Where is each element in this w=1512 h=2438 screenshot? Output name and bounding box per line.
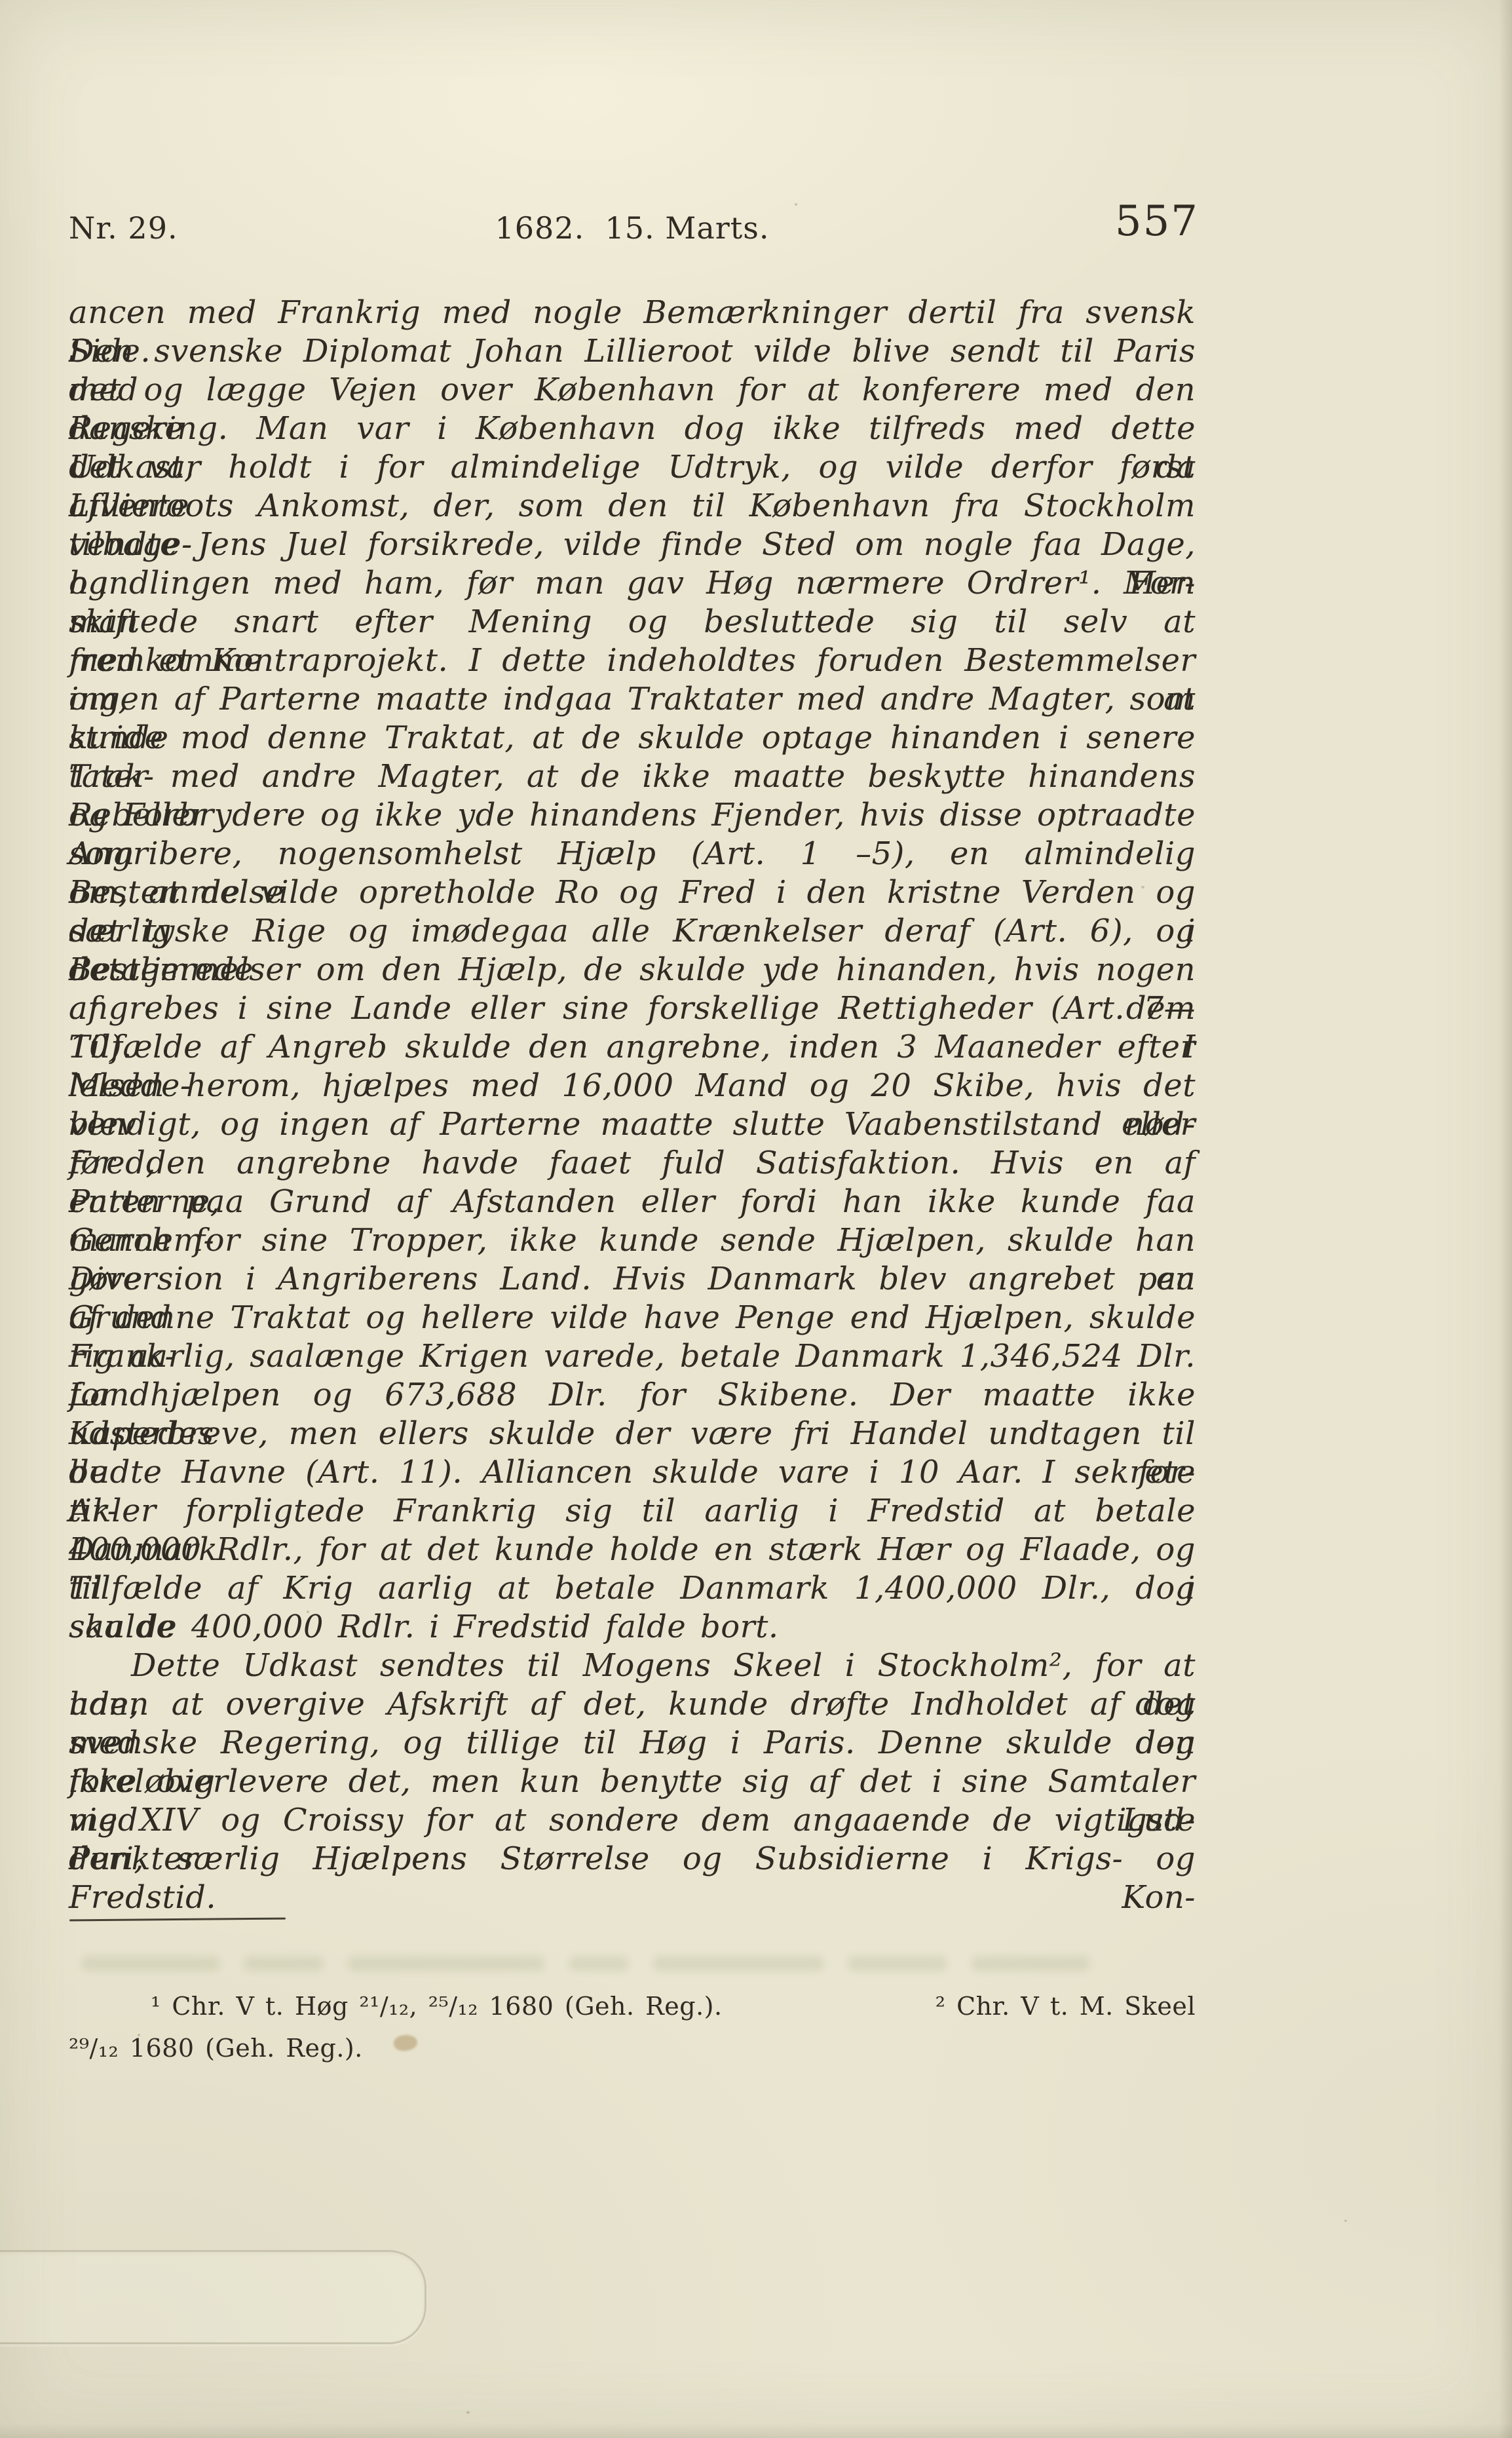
paper-speck <box>138 2034 140 2036</box>
body-line: Landhjælpen og 673,688 Dlr. for Skibene.… <box>69 1376 1196 1415</box>
body-line: Tilfælde af Krig aarlig at betale Danmar… <box>69 1569 1196 1608</box>
body-line: af denne Traktat og hellere vilde have P… <box>69 1299 1196 1337</box>
body-line: vendte Jens Juel forsikrede, vilde finde… <box>69 525 1196 564</box>
footnote-line: ¹ Chr. V t. Høg ²¹/₁₂, ²⁵/₁₂ 1680 (Geh. … <box>69 1989 1196 2023</box>
page-showthrough-artifact <box>82 1956 1104 1979</box>
body-line: vendigt, og ingen af Parterne maatte slu… <box>69 1105 1196 1144</box>
body-line: med et Kontraprojekt. I dette indeholdte… <box>69 641 1196 680</box>
body-line: lelsen herom, hjælpes med 16,000 Mand og… <box>69 1067 1196 1105</box>
body-text: ancen med Frankrig med nogle Bemærkninge… <box>69 294 1196 1878</box>
paper-speck <box>307 1610 309 1613</box>
footnote-2-start: ² Chr. V t. M. Skeel <box>936 1989 1196 2023</box>
body-line: uden at overgive Afskrift af det, kunde … <box>69 1685 1196 1724</box>
body-line: Tilfælde af Angreb skulde den angrebne, … <box>69 1028 1196 1067</box>
body-line: tater med andre Magter, at de ikke maatt… <box>69 757 1196 796</box>
paper-speck <box>1344 2220 1347 2222</box>
body-line: ancen med Frankrig med nogle Bemærkninge… <box>69 294 1196 332</box>
body-line: angrebes i sine Lande eller sine forskel… <box>69 989 1196 1028</box>
body-line: det og lægge Vejen over København for at… <box>69 371 1196 410</box>
body-line: det var holdt i for almindelige Udtryk, … <box>69 448 1196 487</box>
body-line: Kaperbreve, men ellers skulde der være f… <box>69 1415 1196 1453</box>
paper-speck <box>1141 886 1144 888</box>
body-line: vig XIV og Croissy for at sondere dem an… <box>69 1801 1196 1840</box>
page-edge-shadow-right <box>1499 0 1512 2438</box>
body-line: Bestemmelser om den Hjælp, de skulde yde… <box>69 951 1196 989</box>
body-line: Den svenske Diplomat Johan Lillieroot vi… <box>69 332 1196 371</box>
body-line: enten paa Grund af Afstanden eller fordi… <box>69 1183 1196 1221</box>
body-line: deri, særlig Hjælpens Størrelse og Subsi… <box>69 1840 1196 1878</box>
page-edge-shadow-bottom <box>0 2424 1512 2438</box>
body-line: Dette Udkast sendtes til Mogens Skeel i … <box>69 1647 1196 1685</box>
body-line: ingen af Parterne maatte indgaa Traktate… <box>69 680 1196 719</box>
paper-speck <box>466 2411 470 2414</box>
body-line: Angribere, nogensomhelst Hjælp (Art. 1 –… <box>69 835 1196 873</box>
body-line: svenske Regering, og tillige til Høg i P… <box>69 1724 1196 1762</box>
body-line: budte Havne (Art. 11). Alliancen skulde … <box>69 1453 1196 1492</box>
embossed-mark <box>0 2250 426 2344</box>
body-line: Diversion i Angriberens Land. Hvis Danma… <box>69 1260 1196 1299</box>
footnote-separator-rule <box>69 1918 286 1922</box>
body-line: tikler forpligtede Frankrig sig til aarl… <box>69 1492 1196 1531</box>
body-line: handlingen med ham, før man gav Høg nærm… <box>69 564 1196 603</box>
body-line: Lillieroots Ankomst, der, som den til Kø… <box>69 487 1196 525</box>
header-date: 1682. 15. Marts. <box>69 211 1196 245</box>
body-line: rig aarlig, saalænge Krigen varede, beta… <box>69 1337 1196 1376</box>
body-line: skiftede snart efter Mening og beslutted… <box>69 603 1196 641</box>
paper-speck <box>795 203 797 206</box>
body-line: og Forbrydere og ikke yde hinandens Fjen… <box>69 796 1196 835</box>
body-line: 400,000 Rdlr., for at det kunde holde en… <box>69 1531 1196 1569</box>
body-line: Regering. Man var i København dog ikke t… <box>69 410 1196 448</box>
body-line: det tyske Rige og imødegaa alle Krænkels… <box>69 912 1196 951</box>
body-line: om, at de vilde opretholde Ro og Fred i … <box>69 873 1196 912</box>
body-line: ikke overlevere det, men kun benytte sig… <box>69 1762 1196 1801</box>
body-line: march for sine Tropper, ikke kunde sende… <box>69 1221 1196 1260</box>
body-line: saa de 400,000 Rdlr. i Fredstid falde bo… <box>69 1608 1196 1647</box>
footnote-2-end: ²⁹/₁₂ 1680 (Geh. Reg.). <box>69 2031 1196 2065</box>
body-line: før den angrebne havde faaet fuld Satisf… <box>69 1144 1196 1183</box>
page-number: 557 <box>1115 200 1199 242</box>
body-line: stride mod denne Traktat, at de skulde o… <box>69 719 1196 757</box>
book-page-scan: Nr. 29. 1682. 15. Marts. 557 ancen med F… <box>0 0 1512 2438</box>
footnote-1: ¹ Chr. V t. Høg ²¹/₁₂, ²⁵/₁₂ 1680 (Geh. … <box>69 1989 723 2023</box>
